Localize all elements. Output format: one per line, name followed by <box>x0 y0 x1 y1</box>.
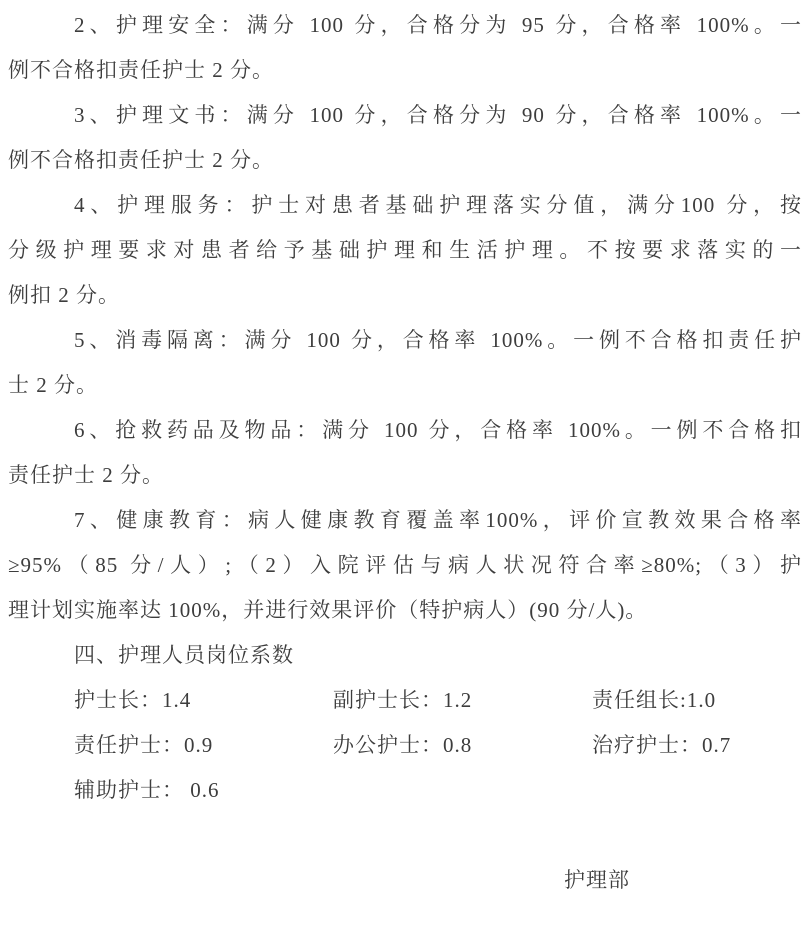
text-line: 例不合格扣责任护士 2 分。 <box>8 138 802 183</box>
coefficient-row: 辅助护士： 0.6 <box>8 768 802 813</box>
section-heading: 四、护理人员岗位系数 <box>8 633 802 678</box>
text-line: 士 2 分。 <box>8 363 802 408</box>
text-line: ≥95%（85 分/人）;（2）入院评估与病人状况符合率≥80%;（3）护 <box>8 543 802 588</box>
text-line: 分级护理要求对患者给予基础护理和生活护理。不按要求落实的一 <box>8 228 802 273</box>
text-line: 2、护理安全：满分 100 分，合格分为 95 分，合格率 100%。一 <box>8 3 802 48</box>
coefficient-cell: 责任组长:1.0 <box>592 678 716 723</box>
text-line: 例不合格扣责任护士 2 分。 <box>8 48 802 93</box>
text-line: 4、护理服务：护士对患者基础护理落实分值，满分100 分，按 <box>8 183 802 228</box>
signature: 护理部 <box>564 858 630 903</box>
coefficient-cell: 副护士长：1.2 <box>333 678 472 723</box>
text-line: 理计划实施率达 100%，并进行效果评价（特护病人）(90 分/人)。 <box>8 588 802 633</box>
coefficient-cell: 治疗护士：0.7 <box>592 723 731 768</box>
coefficient-cell: 辅助护士： 0.6 <box>74 768 220 813</box>
text-line: 7、健康教育：病人健康教育覆盖率100%，评价宣教效果合格率 <box>8 498 802 543</box>
text-line: 3、护理文书：满分 100 分，合格分为 90 分，合格率 100%。一 <box>8 93 802 138</box>
text-line: 例扣 2 分。 <box>8 273 802 318</box>
signature-line: 护理部 <box>8 858 802 903</box>
text-line: 6、抢救药品及物品：满分 100 分，合格率 100%。一例不合格扣 <box>8 408 802 453</box>
coefficient-row: 责任护士：0.9 办公护士：0.8 治疗护士：0.7 <box>8 723 802 768</box>
text-line: 责任护士 2 分。 <box>8 453 802 498</box>
document-page: 2、护理安全：满分 100 分，合格分为 95 分，合格率 100%。一 例不合… <box>0 0 810 903</box>
coefficient-cell: 办公护士：0.8 <box>333 723 472 768</box>
coefficient-row: 护士长：1.4 副护士长：1.2 责任组长:1.0 <box>8 678 802 723</box>
coefficient-cell: 责任护士：0.9 <box>74 723 213 768</box>
text-line: 5、消毒隔离：满分 100 分，合格率 100%。一例不合格扣责任护 <box>8 318 802 363</box>
coefficient-cell: 护士长：1.4 <box>74 678 191 723</box>
blank-line <box>8 813 802 858</box>
